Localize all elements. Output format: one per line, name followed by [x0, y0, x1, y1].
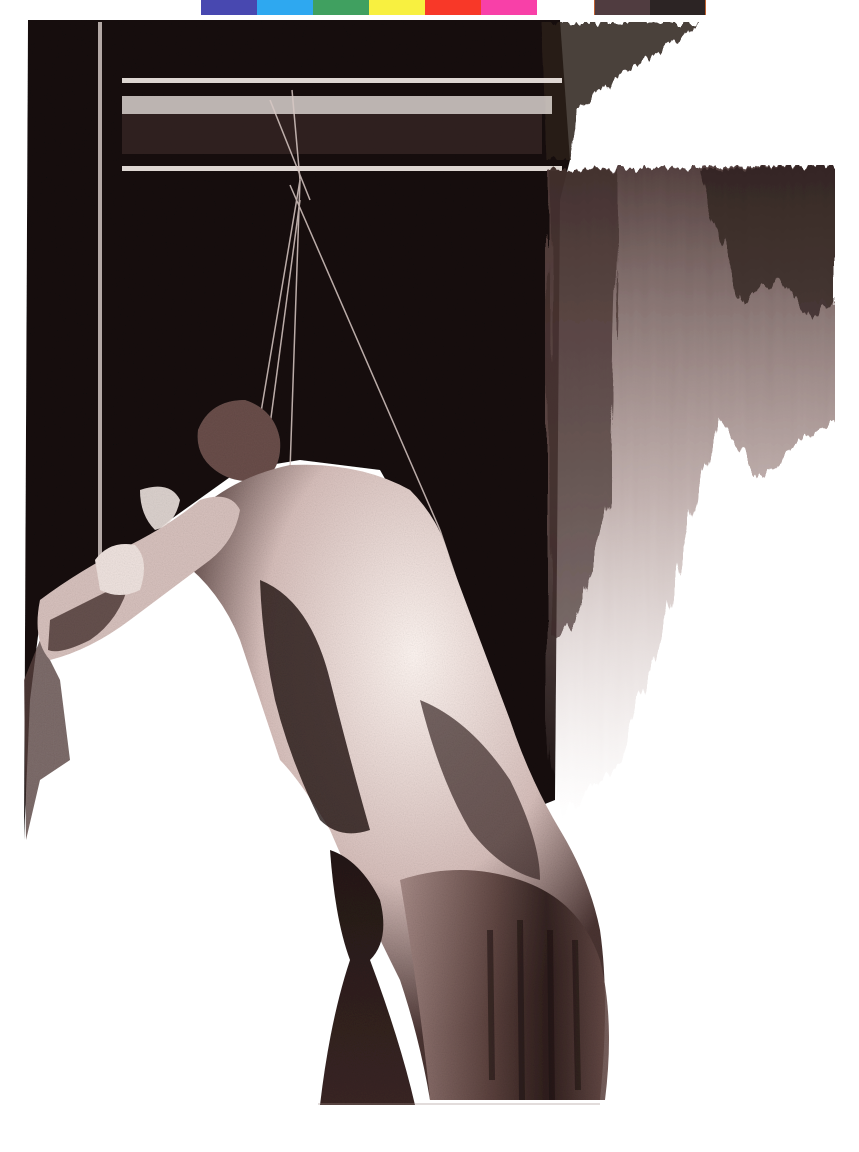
frame-vertical-line: [98, 22, 102, 582]
charcoal-drawing: [0, 0, 859, 1152]
upper-right-smudge: [540, 22, 700, 160]
right-streaked-wall: [545, 165, 835, 820]
